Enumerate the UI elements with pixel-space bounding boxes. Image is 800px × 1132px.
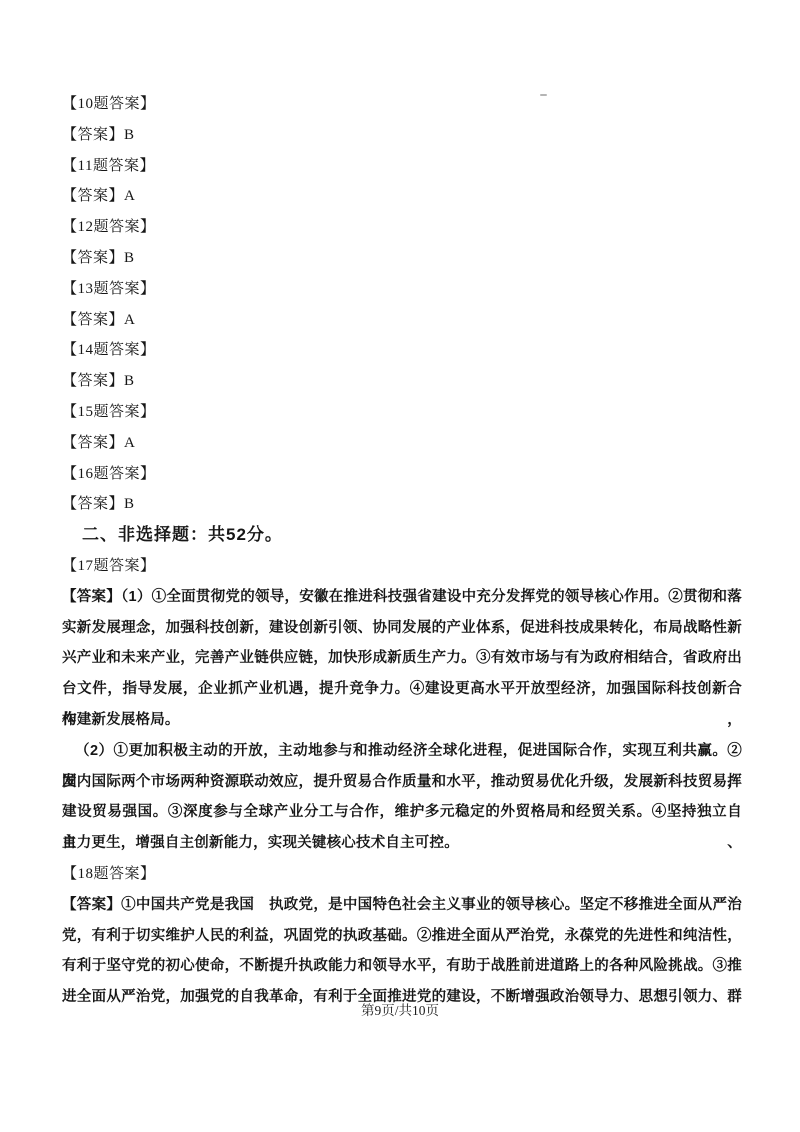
question-label-17: 【17题答案】 xyxy=(62,551,742,582)
answer-value-15: 【答案】A xyxy=(62,428,742,459)
answer-18-line-3: 有利于坚守党的初心使命，不断提升执政能力和领导水平，有助于战胜前进道路上的各种风… xyxy=(62,951,742,982)
question-label-11: 【11题答案】 xyxy=(62,151,742,182)
question-label-10: 【10题答案】 xyxy=(62,89,742,120)
answer-value-16: 【答案】B xyxy=(62,489,742,520)
answer-18-line-2: 党，有利于切实维护人民的利益，巩固党的执政基础。②推进全面从严治党，永葆党的先进… xyxy=(62,921,742,952)
answer-value-13: 【答案】A xyxy=(62,305,742,336)
question-label-15: 【15题答案】 xyxy=(62,397,742,428)
page-content: 【10题答案】 【答案】B 【11题答案】 【答案】A 【12题答案】 【答案】… xyxy=(62,89,742,1013)
question-label-14: 【14题答案】 xyxy=(62,335,742,366)
question-label-18: 【18题答案】 xyxy=(62,859,742,890)
answer-18-line-1: 【答案】①中国共产党是我国 执政党，是中国特色社会主义事业的领导核心。坚定不移推… xyxy=(62,890,742,921)
answer-17-line-7: 国内国际两个市场两种资源联动效应，提升贸易合作质量和水平，推动贸易优化升级，发展… xyxy=(62,767,742,798)
answer-17-line-1: 【答案】（1）①全面贯彻党的领导，安徽在推进科技强省建设中充分发挥党的领导核心作… xyxy=(62,582,742,613)
answer-17-line-2: 实新发展理念，加强科技创新，建设创新引领、协同发展的产业体系，促进科技成果转化，… xyxy=(62,613,742,644)
answer-17-line-8: 建设贸易强国。③深度参与全球产业分工与合作，维护多元稳定的外贸格局和经贸关系。④… xyxy=(62,797,742,828)
question-label-16: 【16题答案】 xyxy=(62,459,742,490)
answer-17-line-4: 台文件，指导发展，企业抓产业机遇，提升竞争力。④建设更高水平开放型经济，加强国际… xyxy=(62,674,742,705)
page-footer: 第9页/共10页 xyxy=(0,996,800,1027)
question-label-13: 【13题答案】 xyxy=(62,274,742,305)
answer-value-14: 【答案】B xyxy=(62,366,742,397)
answer-value-10: 【答案】B xyxy=(62,120,742,151)
answer-value-11: 【答案】A xyxy=(62,181,742,212)
answer-sheet-page: 【10题答案】 【答案】B 【11题答案】 【答案】A 【12题答案】 【答案】… xyxy=(0,0,800,1132)
answer-17-line-6: （2）①更加积极主动的开放，主动地参与和推动经济全球化进程，促进国际合作，实现互… xyxy=(62,736,742,767)
answer-17-line-3: 兴产业和未来产业，完善产业链供应链，加快形成新质生产力。③有效市场与有为政府相结… xyxy=(62,643,742,674)
section-heading: 二、非选择题：共52分。 xyxy=(62,520,742,551)
answer-value-12: 【答案】B xyxy=(62,243,742,274)
question-label-12: 【12题答案】 xyxy=(62,212,742,243)
